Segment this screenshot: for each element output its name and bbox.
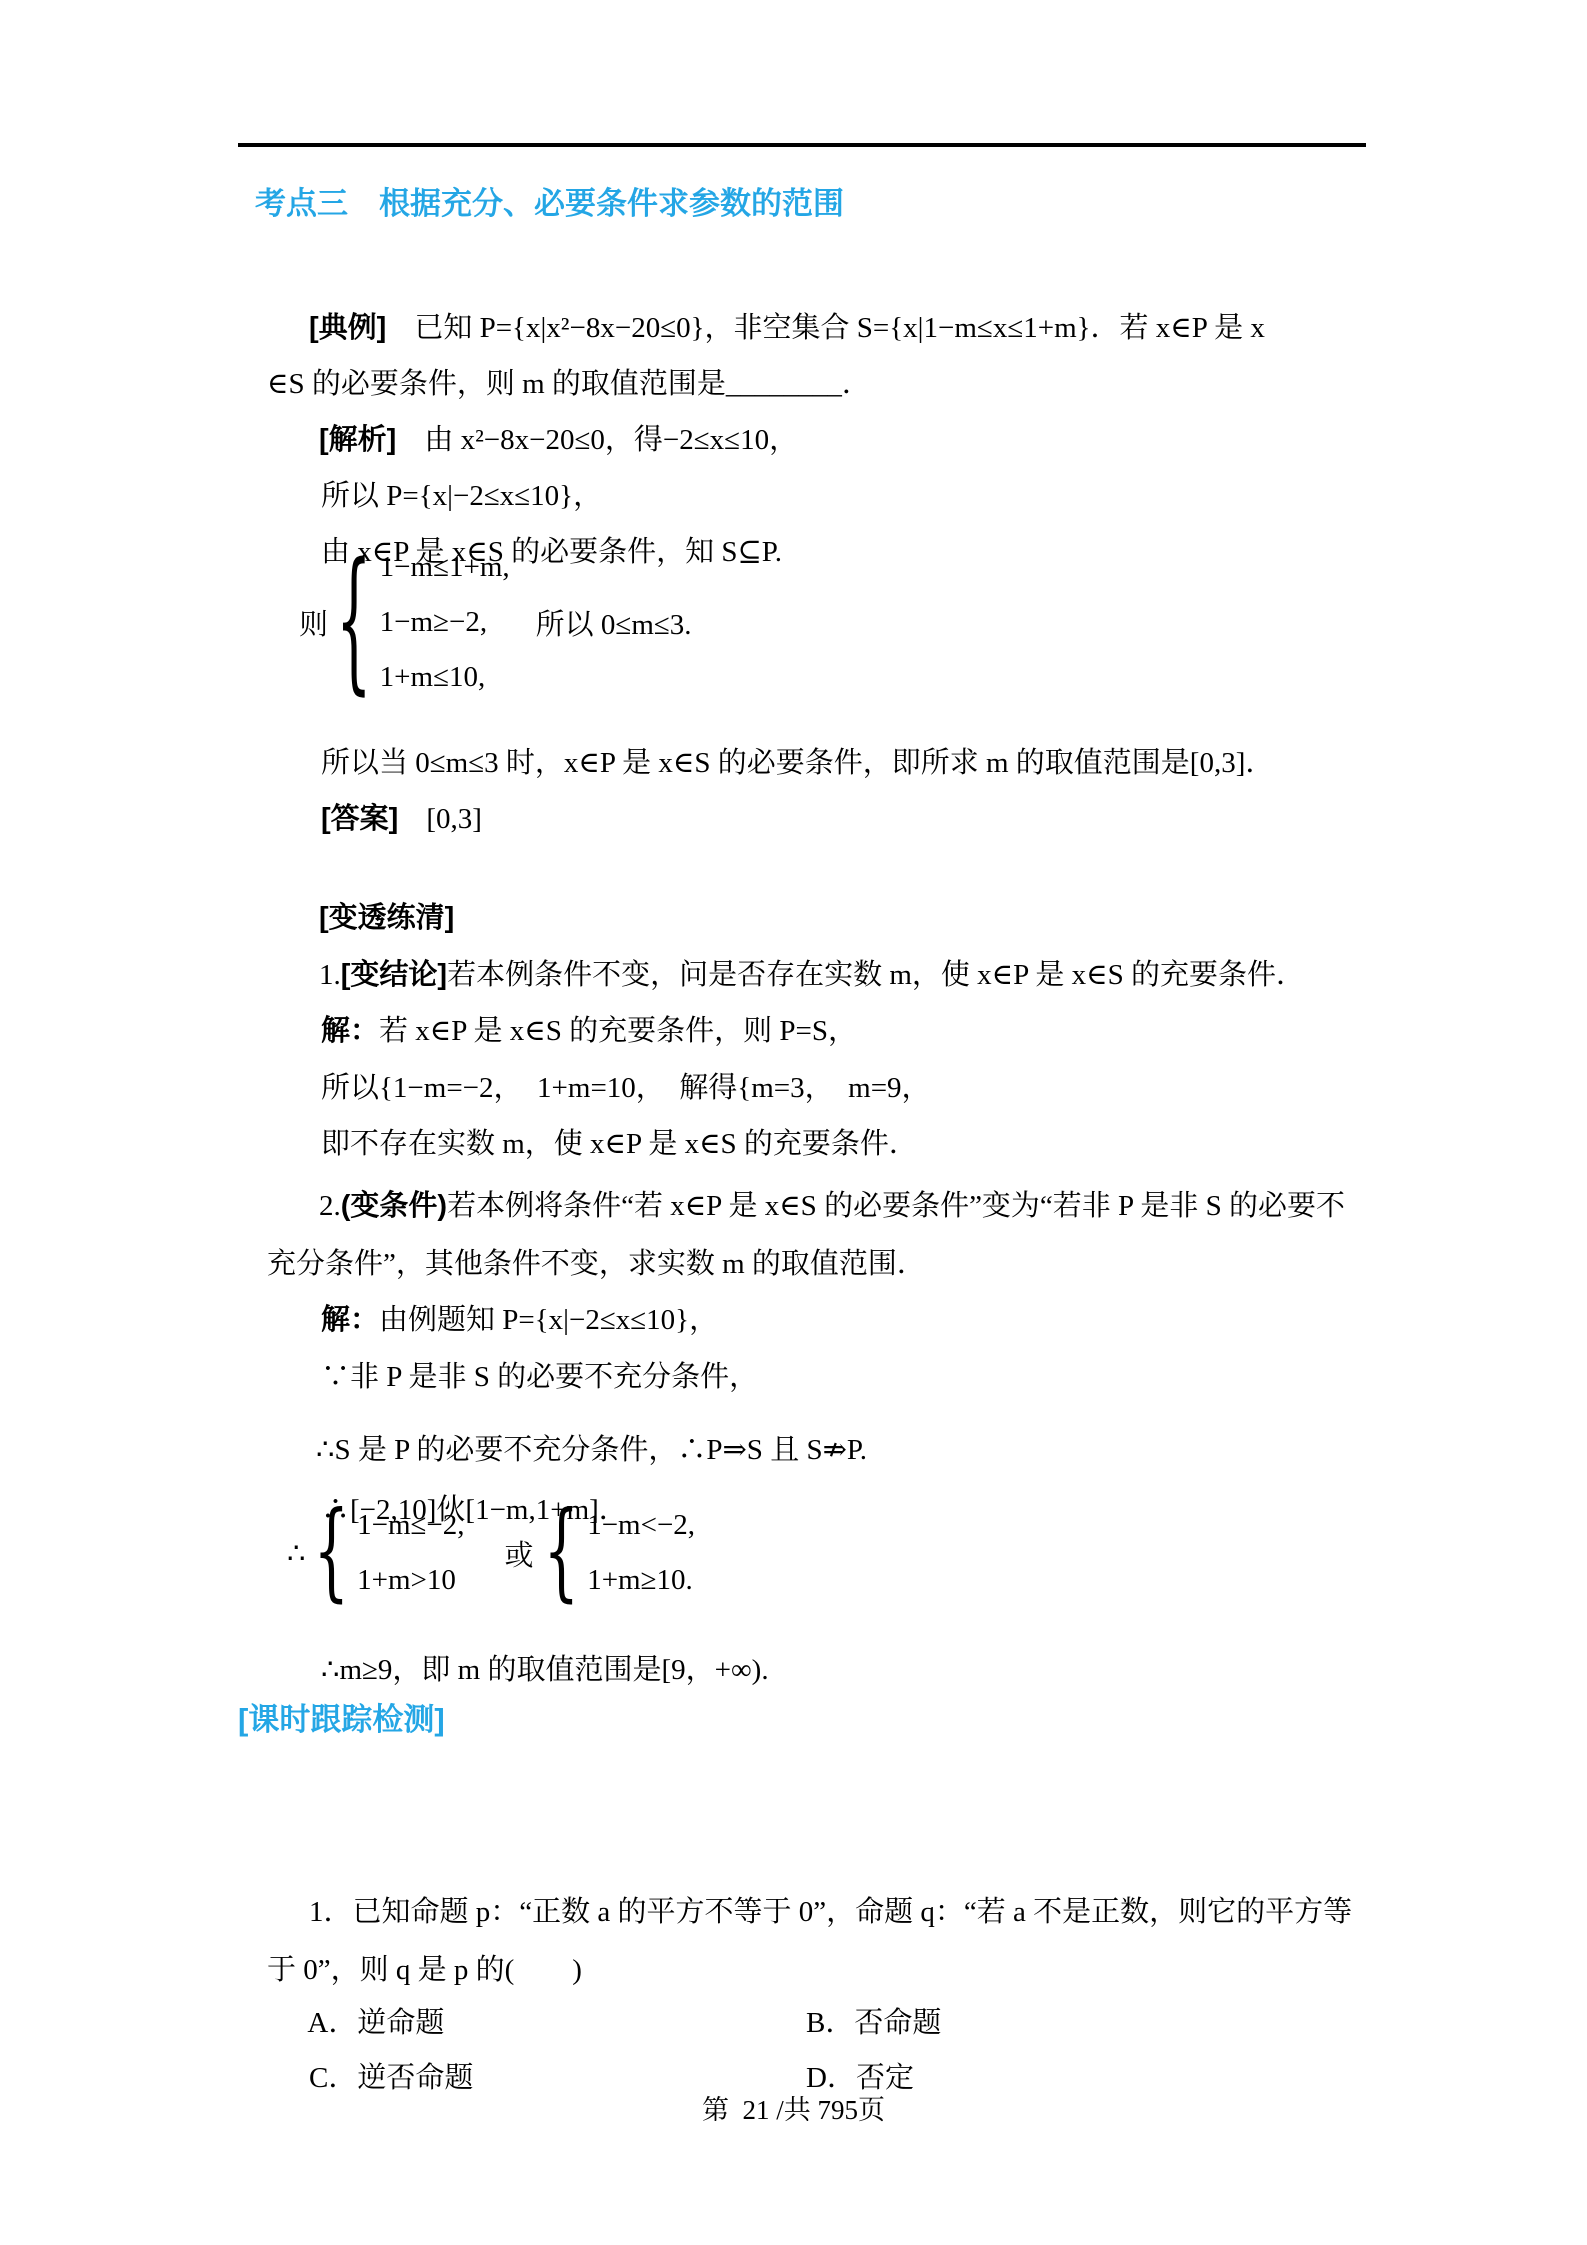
equation-system-1: 则 { 1−m≤1+m, 1−m≥−2, 1+m≤10, 所以 0≤m≤3. [299, 540, 692, 705]
left-brace-icon: { [544, 1500, 580, 1606]
system2-group1: 1−m≤−2, 1+m>10 [357, 1498, 464, 1608]
variation2-solution-text5: ∴m≥9，即 m 的取值范围是[9，+∞). [321, 1654, 769, 1686]
variation2-solution-text2: ∵非 P 是非 S 的必要不充分条件， [321, 1361, 758, 1393]
page-number-footer: 第 21 /共 795页 [0, 2094, 1587, 2126]
equation-system-2: ∴ { 1−m≤−2, 1+m>10 或 { 1−m<−2, 1+m≥10. [287, 1498, 695, 1608]
option-c-text: C．逆否命题 [309, 2062, 473, 2094]
system1-conclusion: 所以 0≤m≤3. [536, 602, 692, 643]
answer-value: [0,3] [426, 803, 482, 835]
system2-row: 1+m≥10. [587, 1553, 695, 1608]
system1-lead: 则 [299, 602, 328, 643]
system1-row: 1+m≤10, [380, 650, 510, 705]
option-d-text: D．否定 [806, 2062, 914, 2094]
system1-row: 1−m≥−2, [380, 595, 510, 650]
left-brace-icon: { [336, 546, 372, 700]
section-heading-kaodian: 考点三 根据充分、必要条件求参数的范围 [255, 186, 844, 222]
system2-row: 1+m>10 [357, 1553, 464, 1608]
system2-row: 1−m<−2, [587, 1498, 695, 1553]
section-heading-keshi: [课时跟踪检测] [238, 1702, 445, 1738]
document-page: 考点三 根据充分、必要条件求参数的范围 [典例]已知 P={x|x²−8x−20… [0, 0, 1587, 2245]
answer-line: [答案][0,3] [292, 765, 482, 873]
system2-group2: 1−m<−2, 1+m≥10. [587, 1498, 695, 1608]
answer-label: [答案] [321, 803, 398, 835]
system1-row: 1−m≤1+m, [380, 540, 510, 595]
top-horizontal-rule [238, 143, 1366, 147]
system2-joiner: 或 [505, 1533, 534, 1574]
system2-row: 1−m≤−2, [357, 1498, 464, 1553]
system1-rows: 1−m≤1+m, 1−m≥−2, 1+m≤10, [380, 540, 510, 705]
left-brace-icon: { [313, 1500, 349, 1606]
system2-lead: ∴ [287, 1536, 305, 1571]
